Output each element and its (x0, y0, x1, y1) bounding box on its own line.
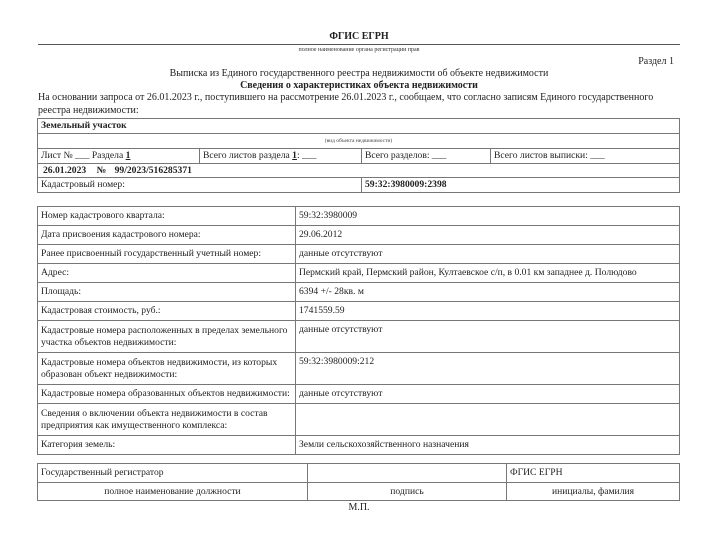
characteristic-value: 1741559.59 (296, 302, 680, 321)
characteristic-row: Номер кадастрового квартала:59:32:398000… (38, 207, 680, 226)
registration-authority-caption: полное наименование органа регистрации п… (38, 47, 680, 53)
registration-record-cell: 26.01.2023 № 99/2023/516285371 (38, 164, 680, 178)
characteristic-row: Площадь:6394 +/- 28кв. м (38, 283, 680, 302)
total-sections: Всего разделов: ___ (362, 149, 491, 164)
characteristic-value: данные отсутствуют (296, 245, 680, 264)
characteristic-row: Кадастровые номера образованных объектов… (38, 385, 680, 404)
object-kind: Земельный участок (38, 119, 680, 134)
authority-underline (38, 44, 680, 45)
signature-table: Государственный регистратор ФГИС ЕГРН по… (37, 463, 680, 501)
total-sheets-label: Всего листов раздела (203, 150, 290, 161)
extract-date: 26.01.2023 (41, 165, 86, 176)
characteristic-value: Земли сельскохозяйственного назначения (296, 436, 680, 455)
extract-document: ФГИС ЕГРН полное наименование органа рег… (0, 0, 720, 536)
characteristic-value: 59:32:3980009:212 (296, 353, 680, 385)
characteristic-row: Категория земель:Земли сельскохозяйствен… (38, 436, 680, 455)
characteristic-row: Сведения о включении объекта недвижимост… (38, 404, 680, 436)
characteristic-value: 29.06.2012 (296, 226, 680, 245)
signature-caption: подпись (308, 483, 507, 501)
document-subtitle: Сведения о характеристиках объекта недви… (38, 80, 680, 91)
registration-authority-name: ФГИС ЕГРН (38, 31, 680, 42)
characteristic-label: Кадастровые номера расположенных в преде… (38, 321, 296, 353)
characteristic-value: данные отсутствуют (296, 321, 680, 353)
total-sheets-suffix: : ___ (297, 150, 316, 161)
number-sign: № (89, 165, 107, 176)
total-extract-sheets: Всего листов выписки: ___ (491, 149, 680, 164)
extract-number: 99/2023/516285371 (109, 165, 192, 176)
characteristic-value: 6394 +/- 28кв. м (296, 283, 680, 302)
cadastral-number-label: Кадастровый номер: (38, 178, 362, 193)
characteristic-label: Площадь: (38, 283, 296, 302)
position-caption: полное наименование должности (38, 483, 308, 501)
characteristic-label: Кадастровые номера образованных объектов… (38, 385, 296, 404)
registrar-position: Государственный регистратор (38, 464, 308, 483)
sheet-number-cell: Лист № ___ Раздела 1 (38, 149, 200, 164)
stamp-place: М.П. (38, 502, 680, 513)
characteristic-row: Кадастровые номера расположенных в преде… (38, 321, 680, 353)
intro-paragraph: На основании запроса от 26.01.2023 г., п… (38, 92, 688, 117)
characteristic-value: Пермский край, Пермский район, Култаевск… (296, 264, 680, 283)
characteristic-label: Категория земель: (38, 436, 296, 455)
section-label: Раздел 1 (638, 56, 674, 67)
characteristics-table: Номер кадастрового квартала:59:32:398000… (37, 206, 680, 455)
characteristic-label: Сведения о включении объекта недвижимост… (38, 404, 296, 436)
object-kind-caption: (вид объекта недвижимости) (38, 134, 680, 149)
registrar-name: ФГИС ЕГРН (507, 464, 680, 483)
characteristic-label: Кадастровые номера объектов недвижимости… (38, 353, 296, 385)
characteristic-label: Кадастровая стоимость, руб.: (38, 302, 296, 321)
sheet-section-number: 1 (126, 150, 131, 161)
characteristic-value: 59:32:3980009 (296, 207, 680, 226)
object-header-table: Земельный участок (вид объекта недвижимо… (37, 118, 680, 193)
document-title: Выписка из Единого государственного реес… (38, 68, 680, 79)
name-caption: инициалы, фамилия (507, 483, 680, 501)
characteristic-row: Кадастровые номера объектов недвижимости… (38, 353, 680, 385)
characteristic-value: данные отсутствуют (296, 385, 680, 404)
registrar-signature (308, 464, 507, 483)
characteristic-label: Ранее присвоенный государственный учетны… (38, 245, 296, 264)
characteristic-label: Адрес: (38, 264, 296, 283)
characteristic-row: Дата присвоения кадастрового номера:29.0… (38, 226, 680, 245)
cadastral-number-value: 59:32:3980009:2398 (362, 178, 680, 193)
characteristic-label: Дата присвоения кадастрового номера: (38, 226, 296, 245)
characteristic-row: Адрес:Пермский край, Пермский район, Кул… (38, 264, 680, 283)
sheet-number-label: Лист № ___ Раздела (41, 150, 123, 161)
characteristic-row: Ранее присвоенный государственный учетны… (38, 245, 680, 264)
characteristic-value (296, 404, 680, 436)
characteristic-row: Кадастровая стоимость, руб.:1741559.59 (38, 302, 680, 321)
characteristic-label: Номер кадастрового квартала: (38, 207, 296, 226)
total-sheets-cell: Всего листов раздела 1: ___ (200, 149, 362, 164)
